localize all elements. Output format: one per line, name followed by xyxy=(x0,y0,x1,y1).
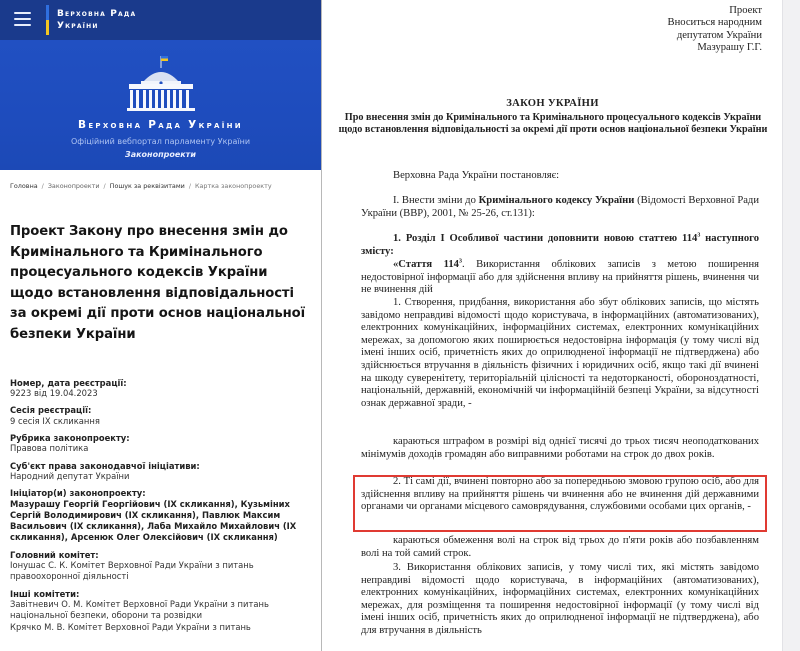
field-label: Ініціатор(и) законопроекту: xyxy=(10,488,313,499)
bill-title: Проект Закону про внесення змін до Кримі… xyxy=(0,202,321,346)
breadcrumb-separator: / xyxy=(104,182,106,190)
breadcrumb: Головна/Законопроекти/Пошук за реквізита… xyxy=(0,170,321,202)
hero-subtitle: Офіційний вебпортал парламенту України xyxy=(0,137,321,146)
breadcrumb-search[interactable]: Пошук за реквізитами xyxy=(110,182,185,190)
site-logo-text[interactable]: Верховна Рада України xyxy=(57,8,136,32)
law-subtitle: Про внесення змін до Кримінального та Кр… xyxy=(333,112,773,137)
field-session: Сесія реєстрації: 9 сесія IX скликання xyxy=(10,405,313,427)
parliament-building-icon xyxy=(121,54,201,114)
field-registration: Номер, дата реєстрації: 9223 від 19.04.2… xyxy=(10,378,313,400)
penalty-1: караються штрафом в розмірі від однієї т… xyxy=(361,436,759,461)
field-subject: Суб'єкт права законодавчої ініціативи: Н… xyxy=(10,461,313,483)
breadcrumb-home[interactable]: Головна xyxy=(10,182,38,190)
breadcrumb-separator: / xyxy=(42,182,44,190)
website-panel: Верховна Рада України xyxy=(0,0,322,651)
field-value: 9223 від 19.04.2023 xyxy=(10,388,313,399)
field-other-committees: Інші комітети: Завітневич О. М. Комітет … xyxy=(10,589,313,633)
breadcrumb-separator: / xyxy=(189,182,191,190)
site-header: Верховна Рада України xyxy=(0,0,321,40)
hero-section-name: Законопроекти xyxy=(0,150,321,159)
initiators-list[interactable]: Мазурашу Георгій Георгійович (IX скликан… xyxy=(10,499,313,544)
field-value-continued: Крячко М. В. Комітет Верховної Ради Укра… xyxy=(10,622,313,633)
field-main-committee: Головний комітет: Іонушас С. К. Комітет … xyxy=(10,550,313,583)
field-value: Завітневич О. М. Комітет Верховної Ради … xyxy=(10,599,313,621)
header-line: Мазурашу Г.Г. xyxy=(668,42,762,54)
field-label: Головний комітет: xyxy=(10,550,313,561)
site-logo-line2: України xyxy=(57,20,136,32)
field-label: Інші комітети: xyxy=(10,589,313,600)
field-label: Сесія реєстрації: xyxy=(10,405,313,416)
field-label: Рубрика законопроекту: xyxy=(10,433,313,444)
law-title: ЗАКОН УКРАЇНИ xyxy=(323,98,782,109)
site-logo-line1: Верховна Рада xyxy=(57,8,136,20)
document-panel: Проект Вноситься народним депутатом Укра… xyxy=(323,0,800,651)
flag-icon xyxy=(46,5,49,35)
header-line: Вноситься народним xyxy=(668,17,762,29)
header-line: депутатом України xyxy=(668,30,762,42)
hero-title: Верховна Рада України xyxy=(0,119,321,131)
penalty-2: караються обмеження волі на строк від тр… xyxy=(361,535,759,560)
field-label: Суб'єкт права законодавчої ініціативи: xyxy=(10,461,313,472)
menu-icon[interactable] xyxy=(14,12,31,27)
article-part-3: 3. Використання облікових записів, у том… xyxy=(361,562,759,638)
section-1: I. Внести зміни до Кримінального кодексу… xyxy=(361,195,759,220)
field-value: Іонушас С. К. Комітет Верховної Ради Укр… xyxy=(10,560,313,582)
bill-details: Номер, дата реєстрації: 9223 від 19.04.2… xyxy=(0,346,321,633)
article-part-2: 2. Ті самі дії, вчинені повторно або за … xyxy=(361,476,759,514)
scrollbar[interactable] xyxy=(782,0,800,651)
document-header: Проект Вноситься народним депутатом Укра… xyxy=(668,5,762,55)
breadcrumb-bills[interactable]: Законопроекти xyxy=(48,182,100,190)
preamble: Верховна Рада України постановляє: xyxy=(361,170,759,183)
article-part-1: 1. Створення, придбання, використання аб… xyxy=(361,297,759,410)
field-label: Номер, дата реєстрації: xyxy=(10,378,313,389)
field-value: Правова політика xyxy=(10,443,313,454)
field-value: 9 сесія IX скликання xyxy=(10,416,313,427)
item-1: 1. Розділ I Особливої частини доповнити … xyxy=(361,233,759,258)
field-initiators: Ініціатор(и) законопроекту: Мазурашу Гео… xyxy=(10,488,313,543)
hero-banner: Верховна Рада України Офіційний вебпорта… xyxy=(0,40,321,170)
breadcrumb-current: Картка законопроекту xyxy=(195,182,272,190)
field-rubric: Рубрика законопроекту: Правова політика xyxy=(10,433,313,455)
article-title: «Стаття 1143. Використання облікових зап… xyxy=(361,259,759,297)
field-value: Народний депутат України xyxy=(10,471,313,482)
header-line: Проект xyxy=(668,5,762,17)
